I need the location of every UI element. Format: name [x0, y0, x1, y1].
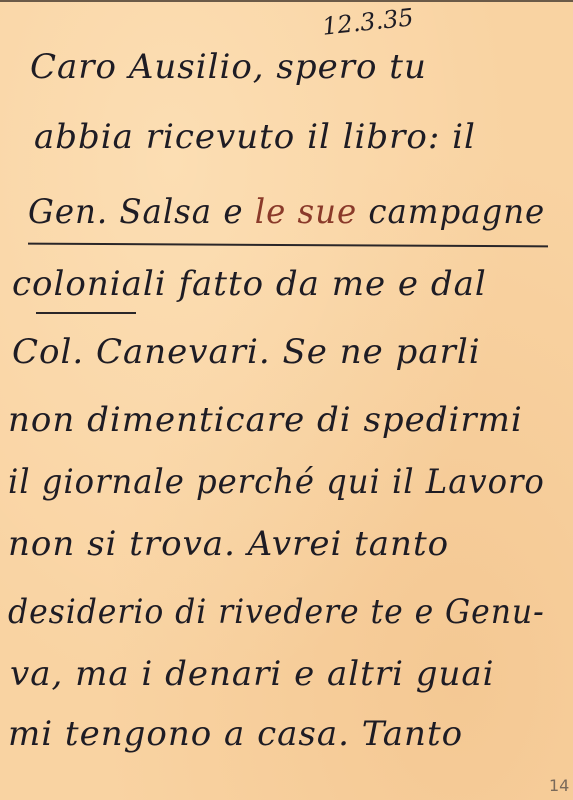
handwritten-line-1: Caro Ausilio, spero tu — [30, 47, 427, 87]
handwritten-line-3: Gen. Salsa e le sue campagne — [28, 192, 545, 232]
handwritten-line-7: il giornale perché qui il Lavoro — [8, 462, 545, 502]
handwritten-line-10: va, ma i denari e altri guai — [10, 654, 495, 694]
handwritten-line-6: non dimenticare di spedirmi — [8, 400, 523, 440]
handwritten-line-8: non si trova. Avrei tanto — [8, 524, 449, 564]
handwritten-line-5: Col. Canevari. Se ne parli — [12, 332, 481, 372]
line-3-end: campagne — [357, 192, 545, 232]
handwritten-line-4: coloniali fatto da me e dal — [12, 264, 487, 304]
line-3-red-ink: le sue — [255, 192, 357, 232]
coloniali-underline — [36, 312, 136, 314]
line-3-start: Gen. Salsa e — [28, 192, 255, 232]
handwritten-line-11: mi tengono a casa. Tanto — [8, 714, 463, 754]
page-number: 14 — [549, 776, 569, 795]
handwritten-line-2: abbia ricevuto il libro: il — [34, 117, 476, 157]
letter-date: 12.3.35 — [321, 3, 415, 40]
handwritten-line-9: desiderio di rivedere te e Genu- — [8, 592, 545, 632]
postcard-page: 12.3.35 Caro Ausilio, spero tu abbia ric… — [0, 0, 573, 800]
title-underline — [28, 243, 548, 248]
